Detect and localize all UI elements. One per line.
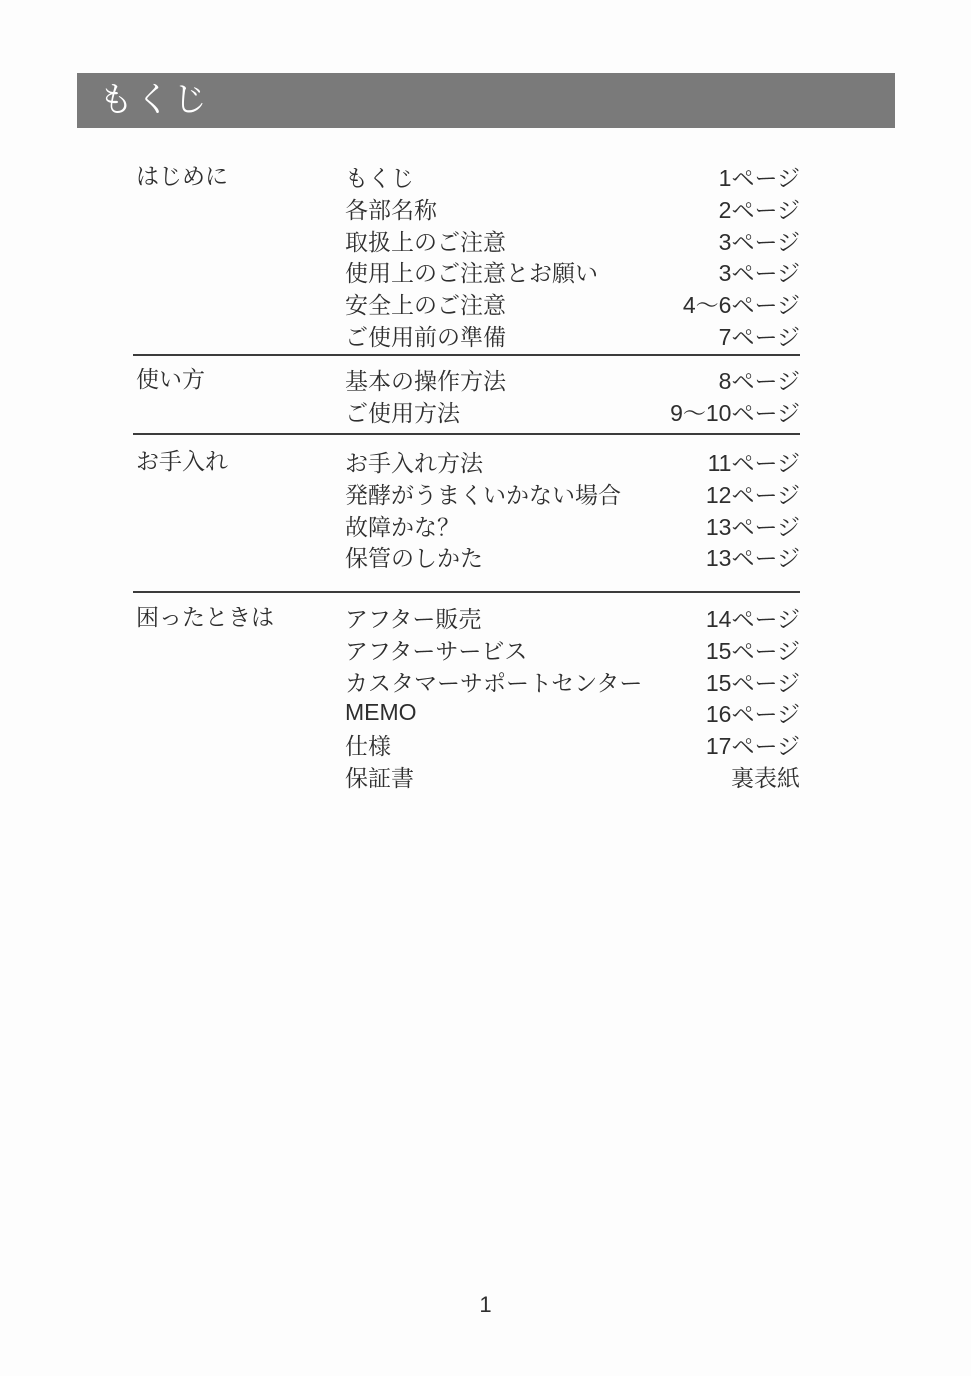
toc-rows: アフター販売 14ページ アフターサービス 15ページ カスタマーサポートセンタ… <box>345 602 800 792</box>
toc-row: 保管のしかた 13ページ <box>345 541 800 573</box>
toc-item-title: お手入れ方法 <box>345 445 483 478</box>
toc-item-page: 3ページ <box>719 224 800 257</box>
toc-item-page: 15ページ <box>706 633 800 666</box>
toc-item-title: 仕様 <box>345 728 391 761</box>
toc-item-page: 2ページ <box>719 192 800 225</box>
toc-item-title: アフターサービス <box>345 633 527 666</box>
toc-section-komatta-tokiwa: 困ったときは アフター販売 14ページ アフターサービス 15ページ カスタマー… <box>133 602 800 792</box>
toc-item-title: 故障かな？ <box>345 509 460 542</box>
toc-row: アフターサービス 15ページ <box>345 634 800 666</box>
toc-rows: もくじ 1ページ 各部名称 2ページ 取扱上のご注意 3ページ 使用上のご注意と… <box>345 161 800 351</box>
toc-item-title: アフター販売 <box>345 601 481 634</box>
toc-row: MEMO 16ページ <box>345 697 800 729</box>
toc-item-page: 11ページ <box>708 445 800 478</box>
toc-row: 保証書 裏表紙 <box>345 760 800 792</box>
toc-row: ご使用前の準備 7ページ <box>345 319 800 351</box>
toc-row: 仕様 17ページ <box>345 729 800 761</box>
toc-item-page: 13ページ <box>706 540 800 573</box>
section-divider <box>133 354 800 356</box>
toc-item-title: 取扱上のご注意 <box>345 224 506 257</box>
toc-rows: 基本の操作方法 8ページ ご使用方法 9～10ページ <box>345 364 800 427</box>
toc-item-title: MEMO <box>345 699 417 726</box>
toc-item-title: 使用上のご注意とお願い <box>345 255 598 288</box>
toc-section-label: はじめに <box>136 161 228 193</box>
toc-row: カスタマーサポートセンター 15ページ <box>345 665 800 697</box>
toc-item-page: 4～6ページ <box>683 287 800 320</box>
toc-section-tsukaikata: 使い方 基本の操作方法 8ページ ご使用方法 9～10ページ <box>133 364 800 427</box>
manual-page: もくじ はじめに もくじ 1ページ 各部名称 2ページ 取扱上のご注意 3ページ… <box>0 0 971 1376</box>
toc-item-title: 保証書 <box>345 760 414 793</box>
section-divider <box>133 433 800 435</box>
toc-section-label: お手入れ <box>136 446 228 478</box>
footer-page-number: 1 <box>0 1292 971 1318</box>
toc-item-title: 発酵がうまくいかない場合 <box>345 477 621 510</box>
toc-item-page: 7ページ <box>719 319 800 352</box>
page-title: もくじ <box>77 73 895 128</box>
toc-item-page: 9～10ページ <box>670 395 800 428</box>
toc-section-label: 使い方 <box>136 364 205 396</box>
toc-section-oteire: お手入れ お手入れ方法 11ページ 発酵がうまくいかない場合 12ページ 故障か… <box>133 446 800 573</box>
toc-row: 取扱上のご注意 3ページ <box>345 224 800 256</box>
toc-item-page: 3ページ <box>719 255 800 288</box>
section-divider <box>133 591 800 593</box>
toc-item-title: ご使用前の準備 <box>345 319 506 352</box>
toc-row: 各部名称 2ページ <box>345 193 800 225</box>
toc-row: 発酵がうまくいかない場合 12ページ <box>345 478 800 510</box>
toc-item-page: 12ページ <box>706 477 800 510</box>
toc-section-label: 困ったときは <box>136 602 274 634</box>
toc-rows: お手入れ方法 11ページ 発酵がうまくいかない場合 12ページ 故障かな？ 13… <box>345 446 800 573</box>
toc-item-title: もくじ <box>345 160 414 193</box>
toc-item-title: 各部名称 <box>345 192 437 225</box>
toc-item-title: カスタマーサポートセンター <box>345 665 642 698</box>
toc-item-page: 13ページ <box>706 509 800 542</box>
toc-row: 使用上のご注意とお願い 3ページ <box>345 256 800 288</box>
toc-item-page: 14ページ <box>706 601 800 634</box>
toc-row: 安全上のご注意 4～6ページ <box>345 288 800 320</box>
toc-item-title: 保管のしかた <box>345 540 483 573</box>
section-header-bar: もくじ <box>77 73 895 128</box>
toc-item-page: 1ページ <box>719 160 800 193</box>
toc-row: お手入れ方法 11ページ <box>345 446 800 478</box>
toc-item-title: 安全上のご注意 <box>345 287 506 320</box>
toc-row: 基本の操作方法 8ページ <box>345 364 800 396</box>
toc-item-page: 16ページ <box>706 696 800 729</box>
toc-row: 故障かな？ 13ページ <box>345 509 800 541</box>
toc-row: ご使用方法 9～10ページ <box>345 396 800 428</box>
toc-item-title: ご使用方法 <box>345 395 460 428</box>
toc-item-page: 15ページ <box>706 665 800 698</box>
toc-item-page: 8ページ <box>719 363 800 396</box>
toc-row: もくじ 1ページ <box>345 161 800 193</box>
toc-item-page: 17ページ <box>706 728 800 761</box>
toc-item-page: 裏表紙 <box>731 760 800 793</box>
toc-item-title: 基本の操作方法 <box>345 363 506 396</box>
toc-section-hajimeni: はじめに もくじ 1ページ 各部名称 2ページ 取扱上のご注意 3ページ 使用上… <box>133 161 800 351</box>
toc-row: アフター販売 14ページ <box>345 602 800 634</box>
